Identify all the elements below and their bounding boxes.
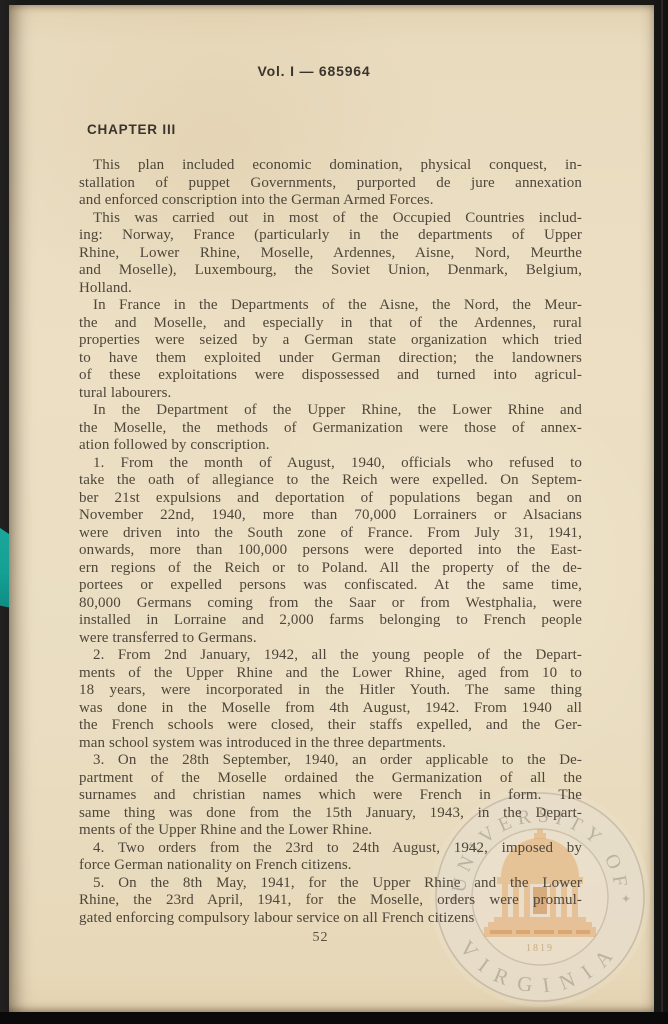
text-line: same thing was done from the 15th Januar… (79, 805, 582, 823)
text-line: 4. Two orders from the 23rd to 24th Augu… (79, 840, 582, 858)
text-line: onwards, more than 100,000 persons were … (79, 542, 582, 560)
text-line: properties were seized by a German state… (79, 332, 582, 350)
text-line: force German nationality on French citiz… (79, 857, 582, 875)
text-line: and Moselle), Luxembourg, the Soviet Uni… (79, 262, 582, 280)
text-line: ation followed by conscription. (79, 437, 582, 455)
paragraph: This was carried out in most of the Occu… (79, 210, 582, 298)
text-line: partment of the Moselle ordained the Ger… (79, 770, 582, 788)
body-text: This plan included economic domination, … (79, 157, 582, 927)
text-line: November 22nd, 1940, more than 70,000 Lo… (79, 507, 582, 525)
text-line: This was carried out in most of the Occu… (79, 210, 582, 228)
paragraph: 5. On the 8th May, 1941, for the Upper R… (79, 875, 582, 928)
text-line: take the oath of allegiance to the Reich… (79, 472, 582, 490)
book-page: UNIVERSITY OF VIRGINIA ✦ ✦ (9, 5, 654, 1012)
text-line: were transferred to Germans. (79, 630, 582, 648)
text-line: the Moselle, the methods of Germanizatio… (79, 420, 582, 438)
text-line: tural labourers. (79, 385, 582, 403)
text-line: ments of the Upper Rhine and the Lower R… (79, 665, 582, 683)
text-line: surnames and christian names which were … (79, 787, 582, 805)
text-line: of these exploitations were dispossessed… (79, 367, 582, 385)
text-line: installed in Lorraine and 2,000 farms be… (79, 612, 582, 630)
text-line: were driven into the South zone of Franc… (79, 525, 582, 543)
text-line: 1. From the month of August, 1940, offic… (79, 455, 582, 473)
text-line: was done in the Moselle from 4th August,… (79, 700, 582, 718)
page-number: 52 (69, 930, 572, 946)
text-line: This plan included economic domination, … (79, 157, 582, 175)
text-line: man school system was introduced in the … (79, 735, 582, 753)
text-line: Rhine, the 23rd April, 1941, for the Mos… (79, 892, 582, 910)
paragraph: 3. On the 28th September, 1940, an order… (79, 752, 582, 840)
text-line: 80,000 Germans coming from the Saar or f… (79, 595, 582, 613)
seal-star-right-icon: ✦ (621, 892, 631, 906)
text-line: Holland. (79, 280, 582, 298)
text-line: 3. On the 28th September, 1940, an order… (79, 752, 582, 770)
text-line: ern regions of the Reich or to Poland. A… (79, 560, 582, 578)
text-line: the French schools were closed, their st… (79, 717, 582, 735)
scanned-book-photo: UNIVERSITY OF VIRGINIA ✦ ✦ (0, 0, 668, 1024)
paragraph: 4. Two orders from the 23rd to 24th Augu… (79, 840, 582, 875)
chapter-heading: CHAPTER III (87, 122, 176, 137)
text-line: portees or expelled persons was confisca… (79, 577, 582, 595)
text-line: 2. From 2nd January, 1942, all the young… (79, 647, 582, 665)
text-line: gated enforcing compulsory labour servic… (79, 910, 582, 928)
paragraph: 1. From the month of August, 1940, offic… (79, 455, 582, 648)
text-line: In France in the Departments of the Aisn… (79, 297, 582, 315)
text-line: ber 21st expulsions and deportation of p… (79, 490, 582, 508)
text-line: ments of the Upper Rhine and the Lower R… (79, 822, 582, 840)
paragraph: 2. From 2nd January, 1942, all the young… (79, 647, 582, 752)
paragraph: In France in the Departments of the Aisn… (79, 297, 582, 402)
text-line: Rhine, Lower Rhine, Moselle, Ardennes, A… (79, 245, 582, 263)
paragraph: In the Department of the Upper Rhine, th… (79, 402, 582, 455)
text-line: the and Moselle, and especially in that … (79, 315, 582, 333)
text-line: In the Department of the Upper Rhine, th… (79, 402, 582, 420)
text-line: ing: Norway, France (particularly in the… (79, 227, 582, 245)
text-line: stallation of puppet Governments, purpor… (79, 175, 582, 193)
text-line: and enforced conscription into the Germa… (79, 192, 582, 210)
text-line: 5. On the 8th May, 1941, for the Upper R… (79, 875, 582, 893)
text-line: to have them exploited under German dire… (79, 350, 582, 368)
photo-frame-bottom (0, 1012, 668, 1024)
volume-header: Vol. I — 685964 (9, 63, 619, 79)
text-line: 18 years, were incorporated in the Hitle… (79, 682, 582, 700)
paragraph: This plan included economic domination, … (79, 157, 582, 210)
